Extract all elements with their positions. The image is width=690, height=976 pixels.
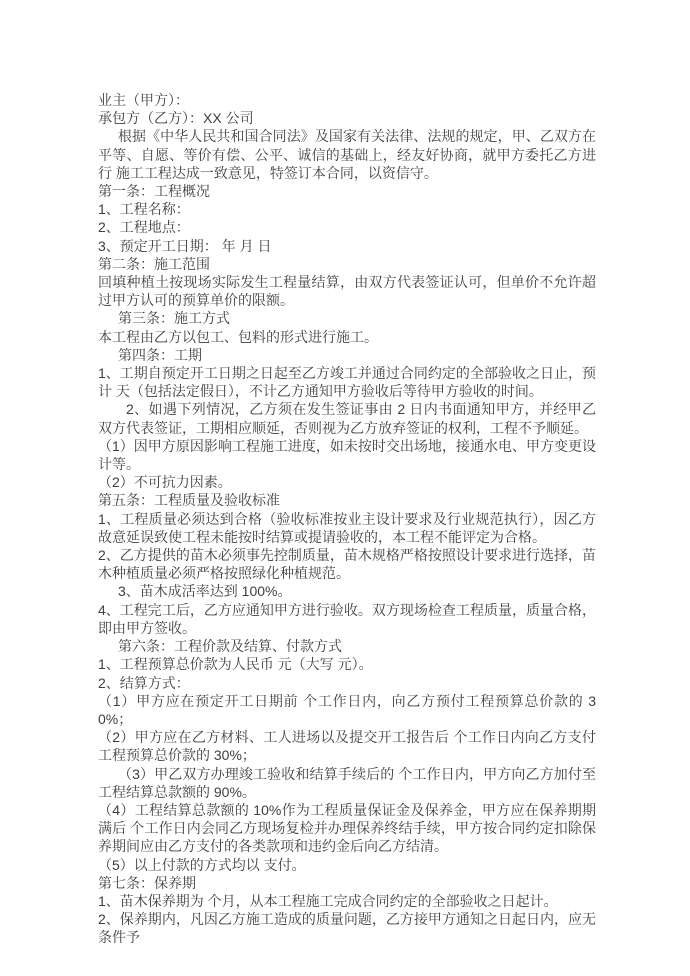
contract-paragraph: 3、苗木成活率达到 100%。 (98, 582, 596, 600)
contract-paragraph: （4）工程结算总款额的 10%作为工程质量保证金及保养金，甲方应在保养期期满后 … (98, 801, 596, 856)
contract-paragraph: 第二条：施工范围 (98, 255, 596, 273)
contract-paragraph: （2）不可抗力因素。 (98, 473, 596, 491)
contract-paragraph: 第七条：保养期 (98, 874, 596, 892)
contract-paragraph: 1、苗木保养期为 个月，从本工程施工完成合同约定的全部验收之日起计。 (98, 892, 596, 910)
contract-paragraph: （1）因甲方原因影响工程施工进度，如未按时交出场地，接通水电、甲方变更设计等。 (98, 437, 596, 473)
contract-document-page: 业主（甲方）：承包方（乙方）：XX 公司根据《中华人民共和国合同法》及国家有关法… (0, 0, 690, 976)
contract-paragraph: （5）以上付款的方式均以 支付。 (98, 856, 596, 874)
contract-paragraph: 业主（甲方）： (98, 91, 596, 109)
contract-paragraph: 2、如遇下列情况，乙方须在发生签证事由 2 日内书面通知甲方，并经甲乙双方代表签… (98, 400, 596, 436)
contract-paragraph: 回填种植土按现场实际发生工程量结算，由双方代表签证认可，但单价不允许超过甲方认可… (98, 273, 596, 309)
contract-paragraph: （1）甲方应在预定开工日期前 个工作日内，向乙方预付工程预算总价款的 30%； (98, 692, 596, 728)
contract-paragraph: 本工程由乙方以包工、包料的形式进行施工。 (98, 328, 596, 346)
contract-paragraph: 第一条：工程概况 (98, 182, 596, 200)
contract-paragraph: 第三条：施工方式 (98, 309, 596, 327)
contract-paragraph: 第六条：工程价款及结算、付款方式 (98, 637, 596, 655)
contract-paragraph: 3、预定开工日期： 年 月 日 (98, 237, 596, 255)
contract-paragraph: 承包方（乙方）：XX 公司 (98, 109, 596, 127)
contract-paragraph: 1、工程名称： (98, 200, 596, 218)
contract-paragraph: 1、工程质量必须达到合格（验收标准按业主设计要求及行业规范执行），因乙方故意延误… (98, 510, 596, 546)
contract-paragraph: （3）甲乙双方办理竣工验收和结算手续后的 个工作日内，甲方向乙方加付至工程结算总… (98, 765, 596, 801)
contract-paragraph: 4、工程完工后，乙方应通知甲方进行验收。双方现场检查工程质量，质量合格，即由甲方… (98, 601, 596, 637)
contract-paragraph: 1、工期自预定开工日期之日起至乙方竣工并通过合同约定的全部验收之日止，预计 天（… (98, 364, 596, 400)
contract-paragraph: 第五条：工程质量及验收标准 (98, 491, 596, 509)
contract-paragraph: 2、结算方式： (98, 674, 596, 692)
contract-paragraph: 第四条：工期 (98, 346, 596, 364)
contract-paragraph: 根据《中华人民共和国合同法》及国家有关法律、法规的规定，甲、乙双方在平等、自愿、… (98, 127, 596, 182)
contract-paragraph: 2、保养期内，凡因乙方施工造成的质量问题，乙方接甲方通知之日起日内，应无条件予 (98, 910, 596, 946)
contract-paragraph: 2、工程地点： (98, 218, 596, 236)
contract-body: 业主（甲方）：承包方（乙方）：XX 公司根据《中华人民共和国合同法》及国家有关法… (98, 91, 596, 947)
contract-paragraph: （2）甲方应在乙方材料、工人进场以及提交开工报告后 个工作日内向乙方支付工程预算… (98, 728, 596, 764)
contract-paragraph: 1、工程预算总价款为人民币 元（大写 元）。 (98, 655, 596, 673)
contract-paragraph: 2、乙方提供的苗木必须事先控制质量，苗木规格严格按照设计要求进行选择，苗木种植质… (98, 546, 596, 582)
